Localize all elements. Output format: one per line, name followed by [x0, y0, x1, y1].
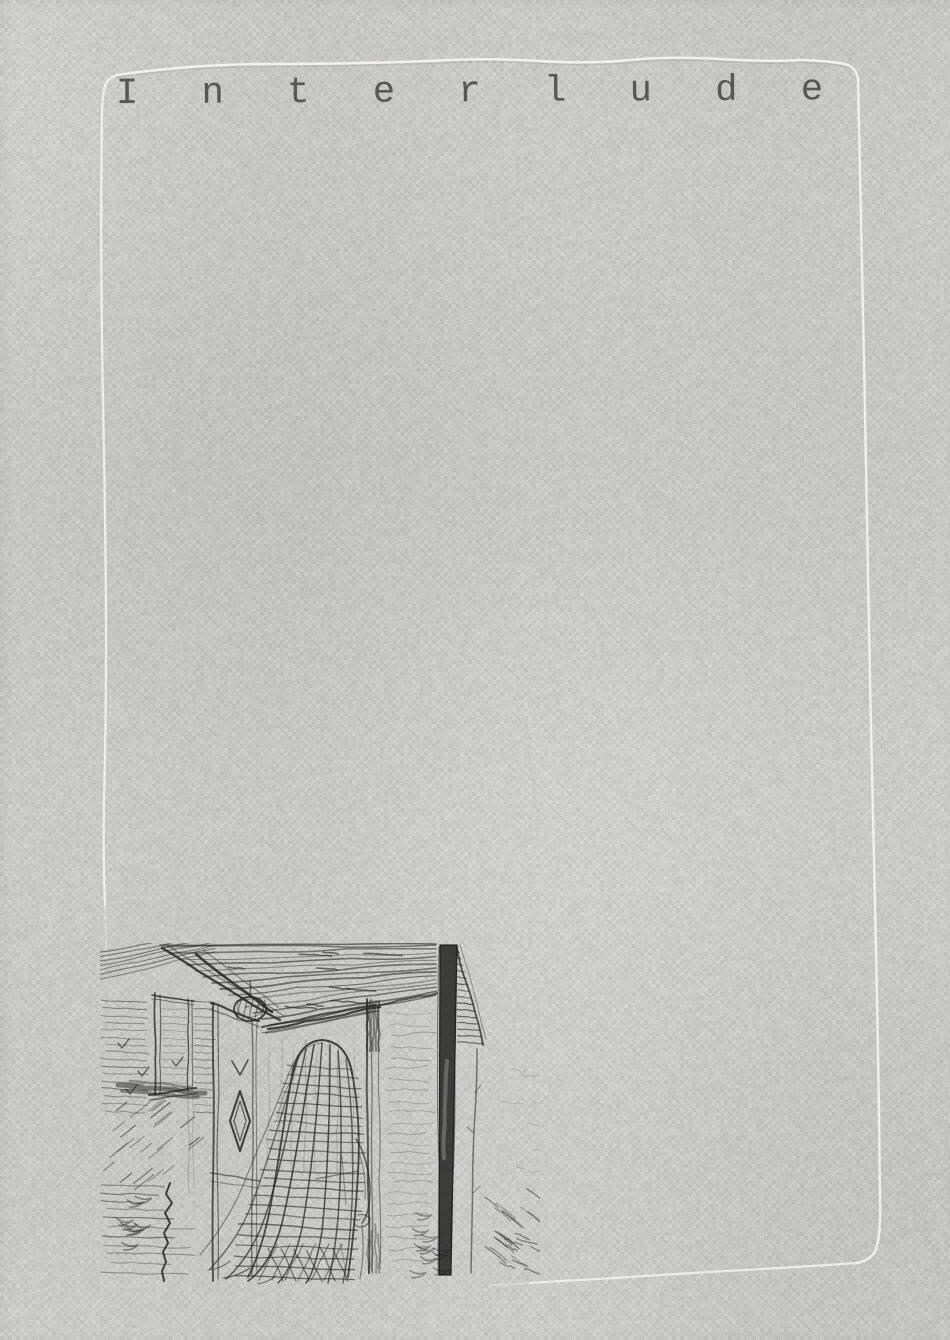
pencil-sketch-illustration [100, 943, 540, 1288]
scanned-book-page: Interlude [0, 0, 950, 1340]
garden-foliage [267, 1013, 540, 1278]
left-wall-and-window [100, 993, 215, 1193]
long-haired-figure [200, 1040, 370, 1284]
interlude-title: Interlude [116, 70, 887, 115]
eaves-ceiling-hatching [100, 943, 437, 1033]
